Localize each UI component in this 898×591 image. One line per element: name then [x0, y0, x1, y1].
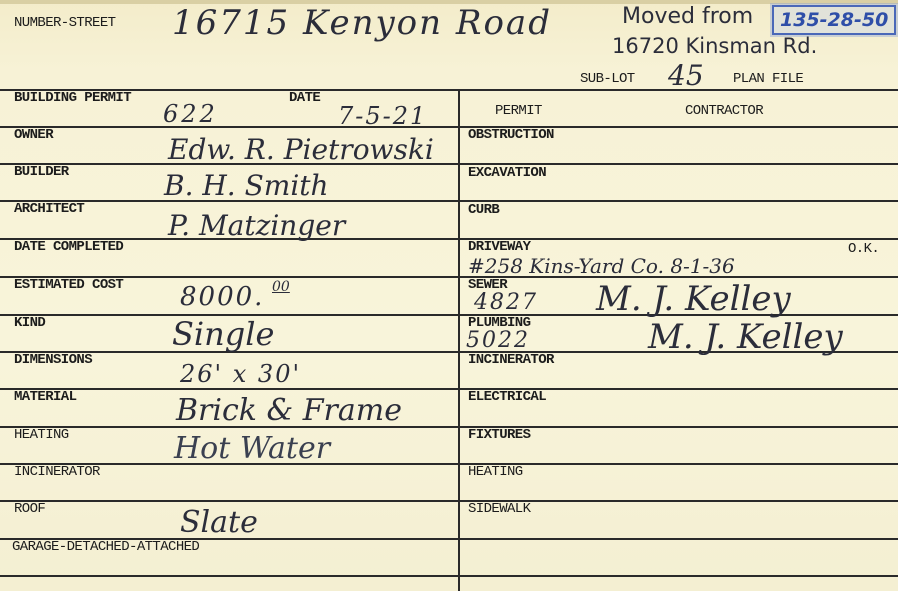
dimensions-label: DIMENSIONS	[14, 353, 92, 367]
architect-value: P. Matzinger	[168, 212, 345, 240]
sub-lot-label: SUB-LOT	[580, 72, 635, 86]
builder-label: BUILDER	[14, 165, 69, 179]
builder-value: B. H. Smith	[164, 172, 329, 200]
number-street-label: NUMBER-STREET	[14, 16, 115, 30]
moved-note-line2: 16720 Kinsman Rd.	[612, 36, 817, 57]
divider-left-11	[0, 500, 458, 502]
sewer-permit-number: 4827	[474, 292, 538, 314]
heating-label: HEATING	[14, 428, 69, 442]
architect-label: ARCHITECT	[14, 202, 84, 216]
heating-permit-label: HEATING	[468, 465, 523, 479]
sub-lot-value: 45	[668, 62, 704, 90]
incinerator-permit-label: INCINERATOR	[468, 353, 554, 367]
dimensions-value: 26' x 30'	[180, 362, 301, 386]
kind-value: Single	[172, 318, 274, 350]
divider-right-10	[458, 463, 898, 465]
divider-right-3	[458, 200, 898, 202]
kind-label: KIND	[14, 316, 45, 330]
curb-label: CURB	[468, 203, 499, 217]
material-value: Brick & Frame	[176, 396, 402, 426]
material-label: MATERIAL	[14, 390, 76, 404]
divider-left-13	[0, 575, 458, 577]
divider-right-12	[458, 538, 898, 540]
permit-header: PERMIT	[495, 104, 542, 118]
driveway-label: DRIVEWAY	[468, 240, 530, 254]
sewer-contractor: M. J. Kelley	[596, 282, 791, 316]
roof-label: ROOF	[14, 502, 45, 516]
building-permit-value: 622	[163, 102, 218, 126]
estimated-cost-label: ESTIMATED COST	[14, 278, 123, 292]
driveway-entry: #258 Kins-Yard Co. 8-1-36	[468, 256, 735, 276]
plumbing-contractor: M. J. Kelley	[648, 320, 843, 354]
fixtures-label: FIXTURES	[468, 428, 530, 442]
date-value: 7-5-21	[338, 104, 427, 128]
date-completed-label: DATE COMPLETED	[14, 240, 123, 254]
contractor-header: CONTRACTOR	[685, 104, 763, 118]
plumbing-permit-number: 5022	[466, 330, 530, 352]
building-permit-card: NUMBER-STREET 16715 Kenyon Road Moved fr…	[0, 0, 898, 591]
roof-value: Slate	[180, 508, 258, 538]
incinerator-label: INCINERATOR	[14, 465, 100, 479]
sidewalk-label: SIDEWALK	[468, 502, 530, 516]
divider-top	[0, 89, 898, 91]
stamp-number: 135-28-50	[772, 5, 896, 35]
owner-label: OWNER	[14, 128, 53, 142]
heating-value: Hot Water	[174, 434, 330, 464]
moved-note-line1: Moved from	[622, 6, 753, 28]
number-street-value: 16715 Kenyon Road	[172, 6, 552, 40]
owner-value: Edw. R. Pietrowski	[168, 136, 434, 164]
estimated-cost-cents: 00	[272, 280, 290, 294]
building-permit-label: BUILDING PERMIT	[14, 91, 131, 105]
date-label: DATE	[289, 91, 320, 105]
estimated-cost-value: 8000.	[180, 284, 264, 310]
electrical-label: ELECTRICAL	[468, 390, 546, 404]
obstruction-label: OBSTRUCTION	[468, 128, 554, 142]
divider-right-13	[458, 575, 898, 577]
excavation-label: EXCAVATION	[468, 166, 546, 180]
garage-label: GARAGE-DETACHED-ATTACHED	[12, 540, 199, 554]
plan-file-label: PLAN FILE	[733, 72, 803, 86]
driveway-status: O.K.	[848, 242, 879, 256]
